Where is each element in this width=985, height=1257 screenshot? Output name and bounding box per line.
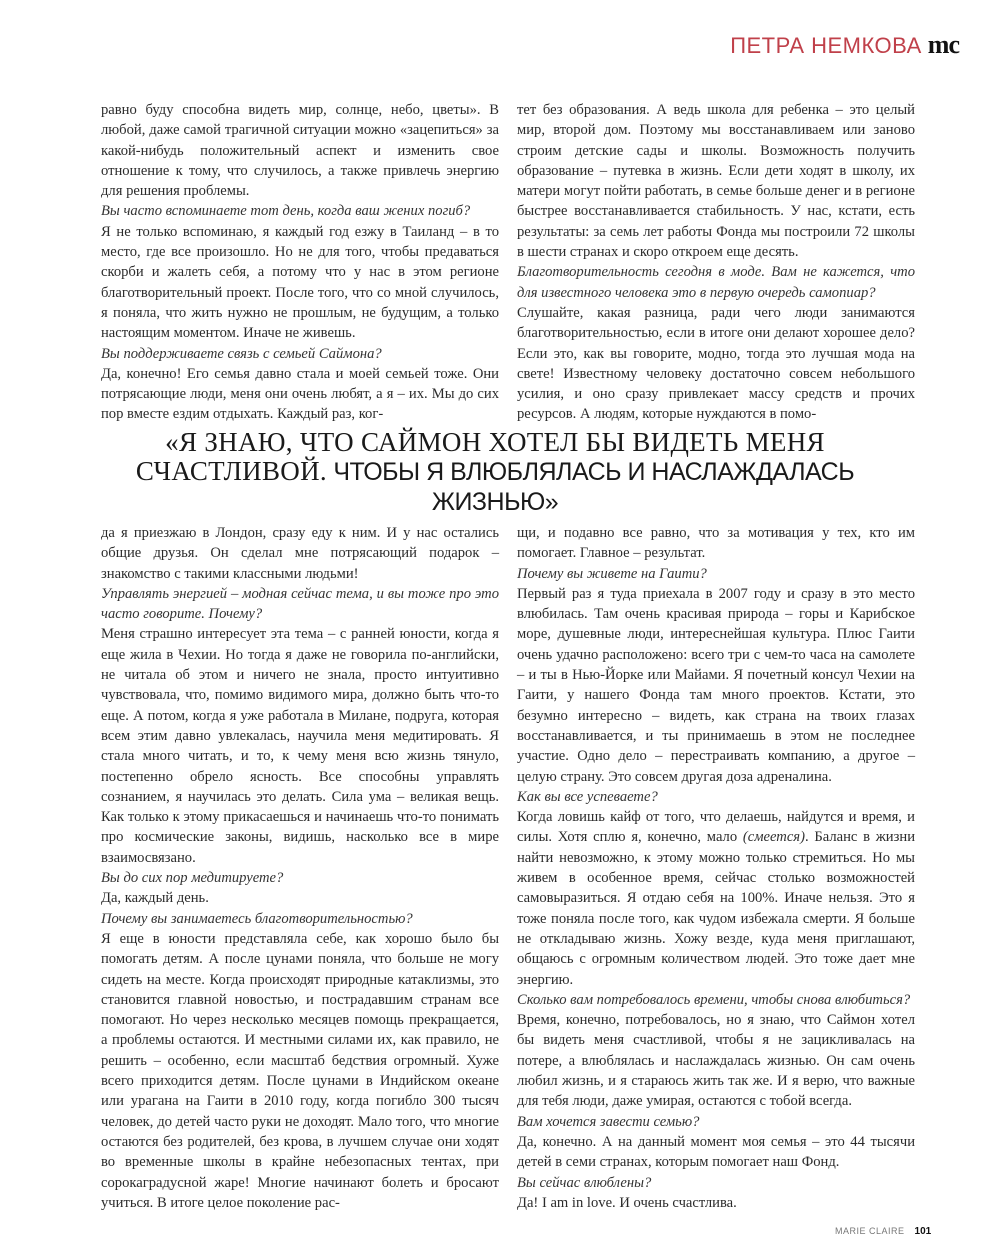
interview-question: Вы сейчас влюблены? [517, 1173, 915, 1193]
interview-answer: Когда ловишь кайф от того, что делаешь, … [517, 807, 915, 990]
interview-question: Вы до сих пор медитируете? [101, 868, 499, 888]
column-top-left: равно буду способна видеть мир, солнце, … [101, 100, 499, 425]
interview-answer: Время, конечно, потребовалось, но я знаю… [517, 1010, 915, 1111]
interview-answer: Да! I am in love. И очень счастлива. [517, 1193, 915, 1213]
interview-answer: Я не только вспоминаю, я каждый год езжу… [101, 222, 499, 344]
answer-text: . Баланс в жизни найти невозможно, к это… [517, 829, 915, 987]
pull-quote-light: Чтобы я влюблялась и наслаждалась жизнью… [327, 458, 854, 516]
column-bottom-right: щи, и подавно все равно, что за мотиваци… [517, 523, 915, 1213]
interview-answer: тет без образования. А ведь школа для ре… [517, 100, 915, 262]
article-subject-name: ПЕТРА НЕМКОВА [730, 33, 922, 59]
column-bottom-left: да я приезжаю в Лондон, сразу еду к ним.… [101, 523, 499, 1213]
interview-question: Сколько вам потребовалось времени, чтобы… [517, 990, 915, 1010]
interview-question: Управлять энергией – модная сейчас тема,… [101, 584, 499, 625]
interview-question: Благотворительность сегодня в моде. Вам … [517, 262, 915, 303]
interview-answer: Да, конечно. А на данный момент моя семь… [517, 1132, 915, 1173]
footer-magazine-name: MARIE CLAIRE [835, 1226, 905, 1236]
interview-question: Почему вы живете на Гаити? [517, 564, 915, 584]
interview-question: Вам хочется завести семью? [517, 1112, 915, 1132]
page-number: 101 [915, 1226, 932, 1237]
answer-aside: (смеется) [743, 829, 805, 845]
interview-question: Почему вы занимаетесь благотворительност… [101, 909, 499, 929]
interview-answer: щи, и подавно все равно, что за мотиваци… [517, 523, 915, 564]
interview-answer: Первый раз я туда приехала в 2007 году и… [517, 584, 915, 787]
magazine-logo-icon: mc [928, 30, 959, 60]
interview-answer: Да, каждый день. [101, 888, 499, 908]
page-footer: MARIE CLAIRE 101 [835, 1226, 931, 1237]
pull-quote: «Я знаю, что Саймон хотел бы видеть меня… [90, 428, 900, 517]
interview-question: Как вы все успеваете? [517, 787, 915, 807]
interview-answer: Да, конечно! Его семья давно стала и мое… [101, 364, 499, 425]
interview-answer: Я еще в юности представляла себе, как хо… [101, 929, 499, 1213]
interview-answer: Меня страшно интересует эта тема – с ран… [101, 624, 499, 868]
interview-question: Вы часто вспоминаете тот день, когда ваш… [101, 201, 499, 221]
interview-answer: равно буду способна видеть мир, солнце, … [101, 100, 499, 201]
interview-answer: Слушайте, какая разница, ради чего люди … [517, 303, 915, 425]
interview-question: Вы поддерживаете связь с семьей Саймона? [101, 344, 499, 364]
interview-answer: да я приезжаю в Лондон, сразу еду к ним.… [101, 523, 499, 584]
page-header: ПЕТРА НЕМКОВА mc [730, 30, 959, 60]
column-top-right: тет без образования. А ведь школа для ре… [517, 100, 915, 425]
